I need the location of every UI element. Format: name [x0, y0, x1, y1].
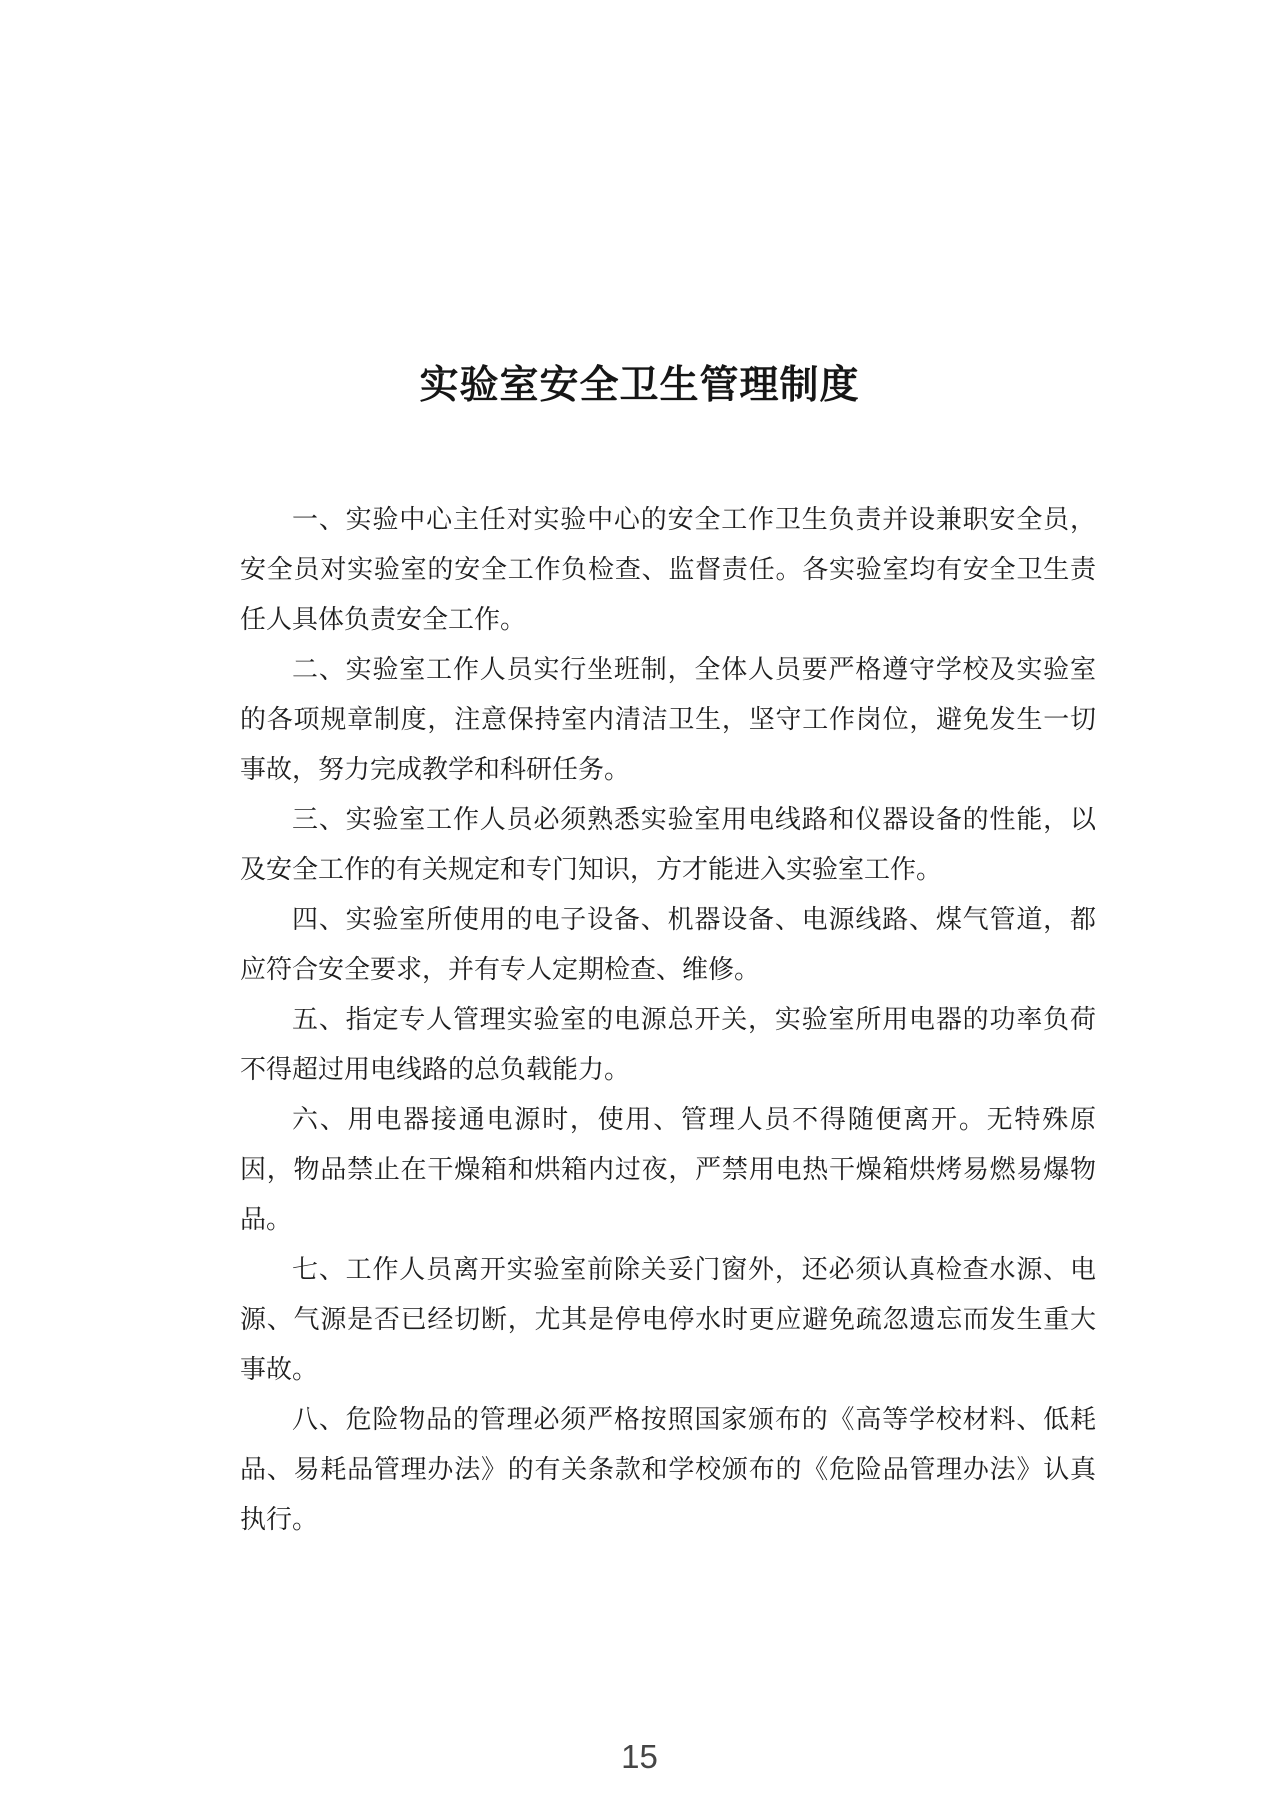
paragraph-2: 二、实验室工作人员实行坐班制，全体人员要严格遵守学校及实验室的各项规章制度，注意… — [240, 645, 1096, 795]
paragraph-7: 七、工作人员离开实验室前除关妥门窗外，还必须认真检查水源、电源、气源是否已经切断… — [240, 1245, 1096, 1395]
paragraph-4: 四、实验室所使用的电子设备、机器设备、电源线路、煤气管道，都应符合安全要求，并有… — [240, 895, 1096, 995]
paragraph-3: 三、实验室工作人员必须熟悉实验室用电线路和仪器设备的性能，以及安全工作的有关规定… — [240, 795, 1096, 895]
paragraph-5: 五、指定专人管理实验室的电源总开关，实验室所用电器的功率负荷不得超过用电线路的总… — [240, 995, 1096, 1095]
page-number: 15 — [0, 1738, 1279, 1776]
paragraph-1: 一、实验中心主任对实验中心的安全工作卫生负责并设兼职安全员，安全员对实验室的安全… — [240, 495, 1096, 645]
document-title: 实验室安全卫生管理制度 — [0, 363, 1279, 409]
document-body: 一、实验中心主任对实验中心的安全工作卫生负责并设兼职安全员，安全员对实验室的安全… — [240, 495, 1096, 1545]
document-page: 实验室安全卫生管理制度 一、实验中心主任对实验中心的安全工作卫生负责并设兼职安全… — [0, 0, 1279, 1809]
paragraph-6: 六、用电器接通电源时，使用、管理人员不得随便离开。无特殊原因，物品禁止在干燥箱和… — [240, 1095, 1096, 1245]
paragraph-8: 八、危险物品的管理必须严格按照国家颁布的《高等学校材料、低耗品、易耗品管理办法》… — [240, 1395, 1096, 1545]
